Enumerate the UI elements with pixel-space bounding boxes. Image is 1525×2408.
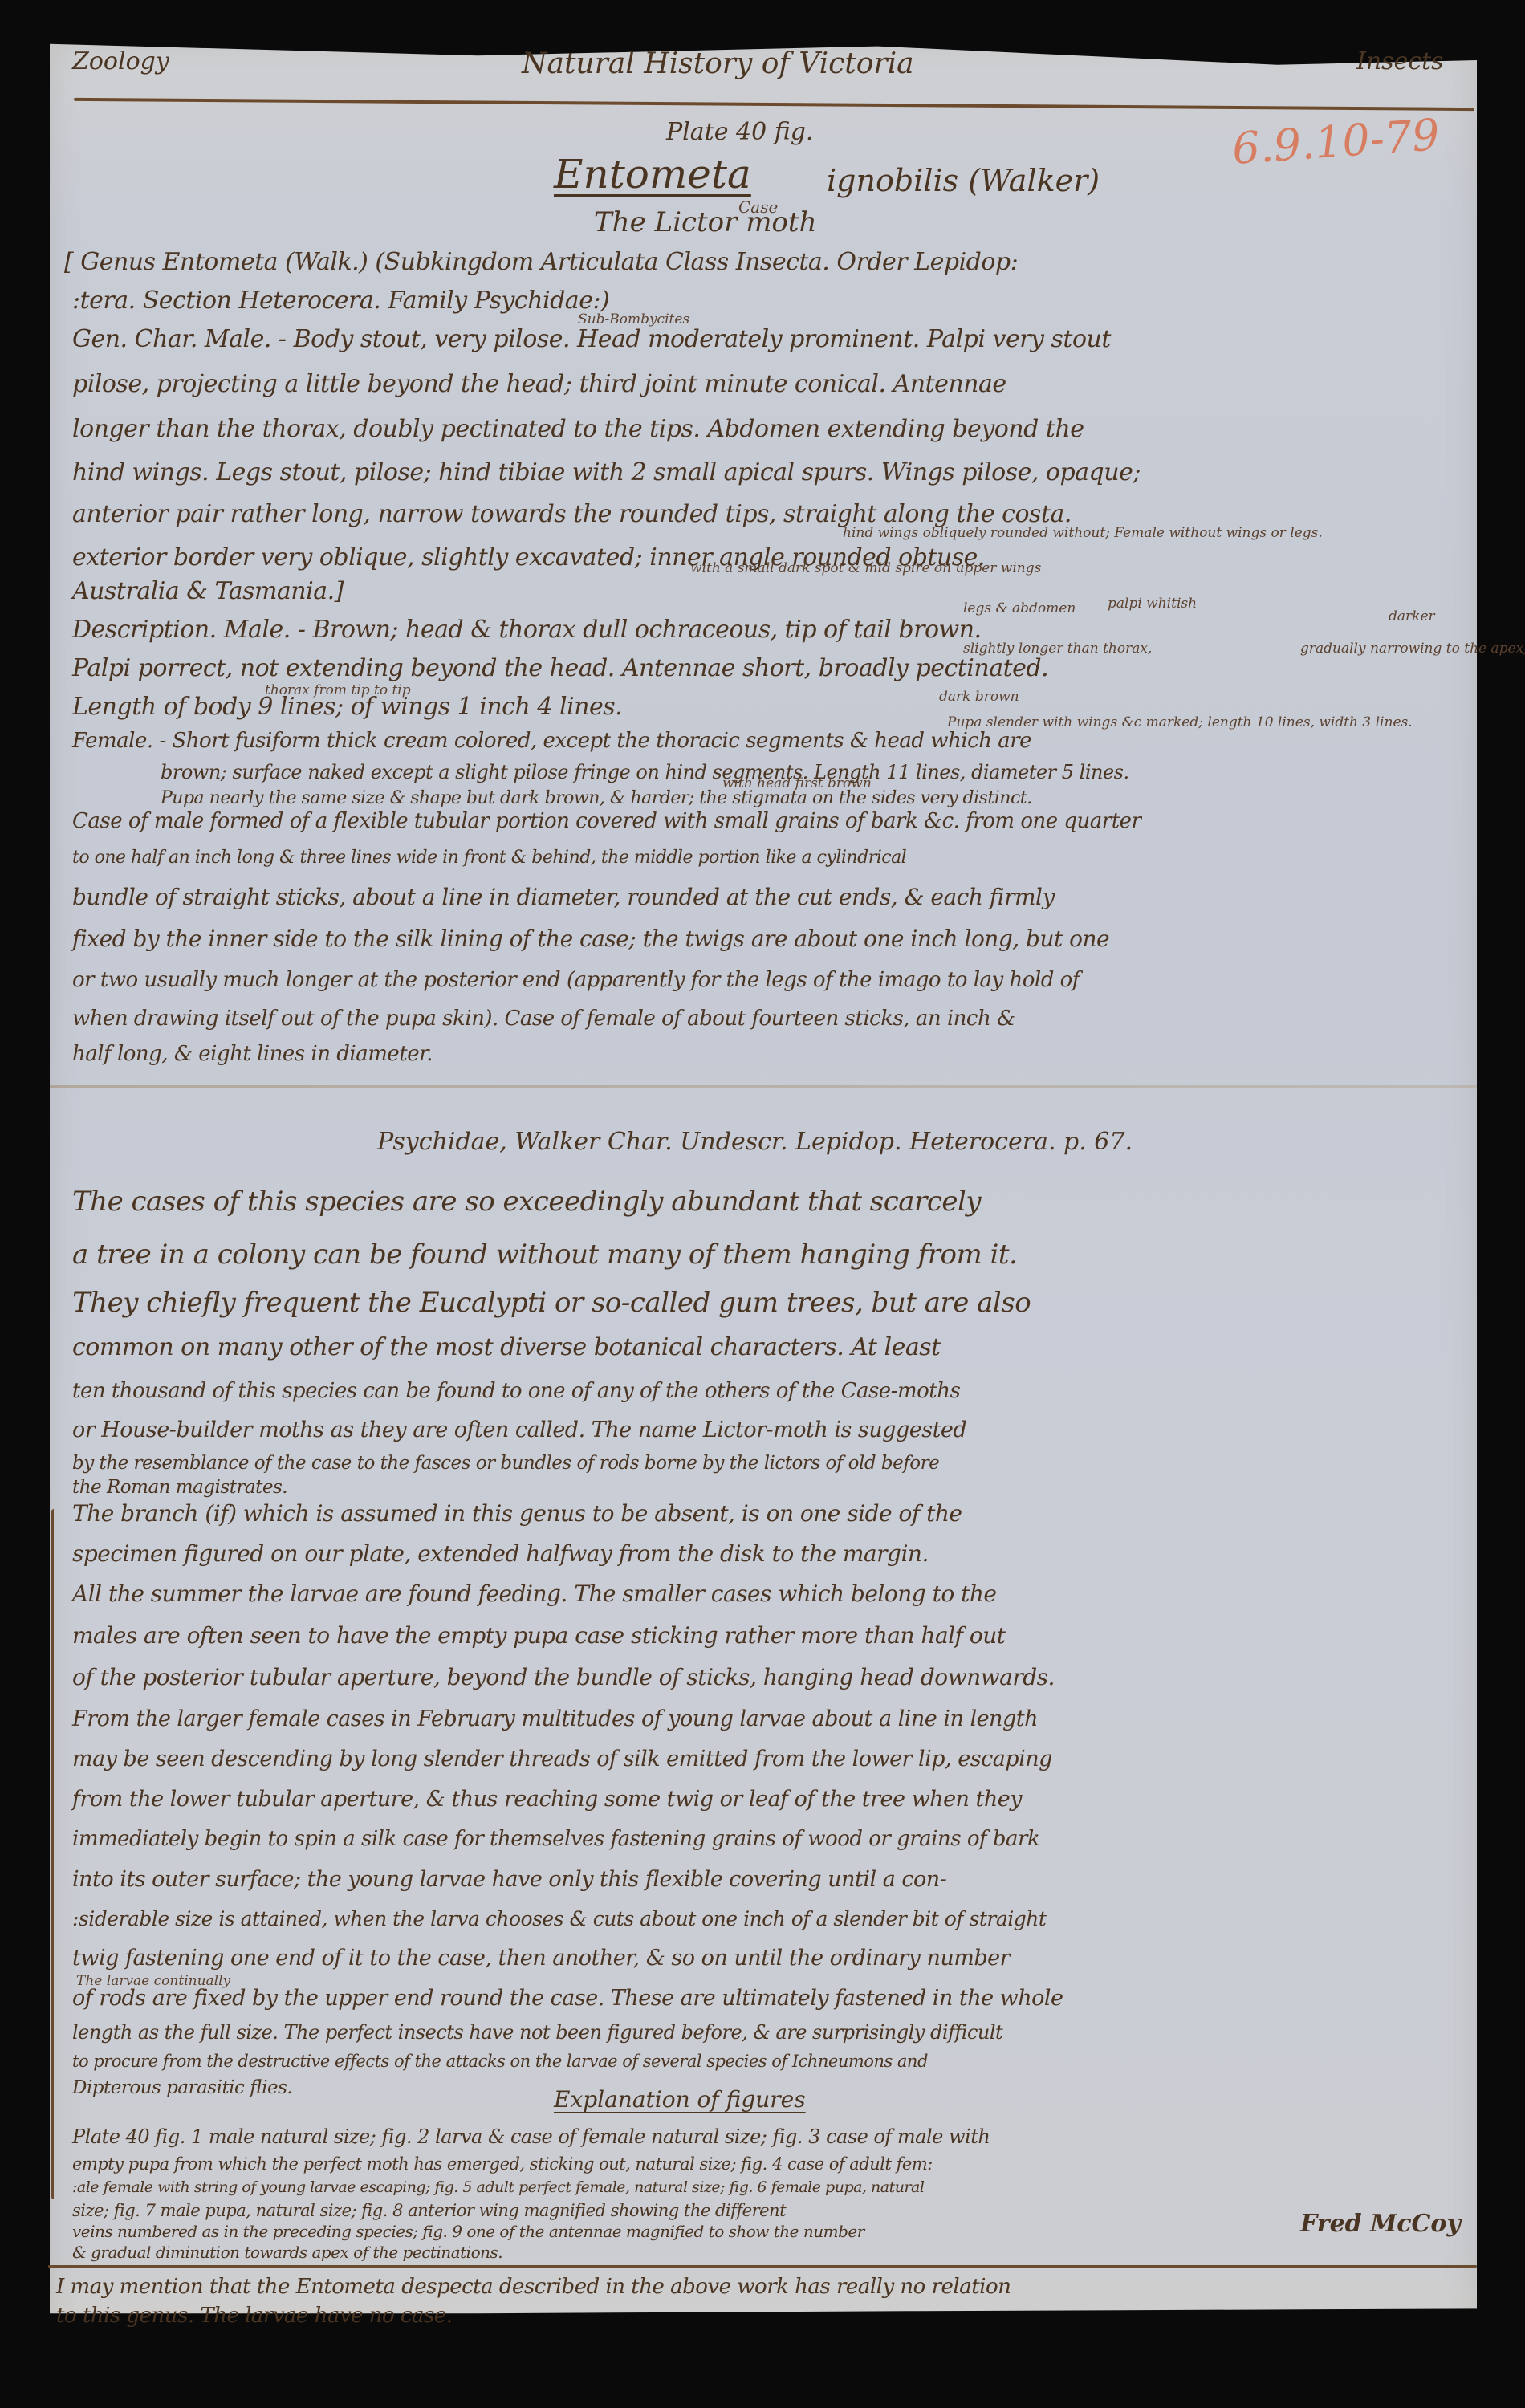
text-line: half long, & eight lines in diameter. (72, 1043, 433, 1064)
text-line: from the lower tubular aperture, & thus … (72, 1788, 1022, 1810)
footer-rule (48, 2265, 1477, 2268)
interlinear-note: slightly longer than thorax, (963, 642, 1152, 656)
interlinear-note: thorax from tip to tip (265, 684, 411, 698)
interlinear-note: dark brown (939, 690, 1019, 704)
text-line: immediately begin to spin a silk case fo… (72, 1828, 1039, 1849)
text-line: ten thousand of this species can be foun… (72, 1381, 960, 1401)
text-line: fixed by the inner side to the silk lini… (72, 928, 1109, 950)
interlinear-note: Sub-Bombycites (578, 313, 689, 327)
header-right: Insects (1356, 50, 1444, 74)
text-line: to procure from the destructive effects … (72, 2053, 928, 2070)
text-line: Pupa nearly the same size & shape but da… (161, 790, 1032, 807)
fold-crease (50, 1085, 1477, 1088)
text-line: [ Genus Entometa (Walk.) (Subkingdom Art… (64, 250, 1018, 275)
text-line: Palpi porrect, not extending beyond the … (72, 657, 1048, 681)
text-line: Australia & Tasmania.] (72, 580, 344, 604)
text-line: Dipterous parasitic flies. (72, 2079, 292, 2097)
text-line: pilose, projecting a little beyond the h… (72, 372, 1007, 397)
text-line: when drawing itself out of the pupa skin… (72, 1008, 1015, 1029)
text-line: They chiefly frequent the Eucalypti or s… (72, 1289, 1031, 1316)
text-line: longer than the thorax, doubly pectinate… (72, 417, 1084, 441)
text-line: anterior pair rather long, narrow toward… (72, 502, 1072, 527)
text-line: veins numbered as in the preceding speci… (72, 2223, 864, 2239)
text-line: the Roman magistrates. (72, 1479, 287, 1497)
common-name: The Lictor moth (594, 209, 816, 236)
text-line: may be seen descending by long slender t… (72, 1748, 1052, 1770)
text-line: size; fig. 7 male pupa, natural size; fi… (72, 2203, 786, 2219)
plate-reference: Plate 40 fig. (666, 120, 813, 144)
text-line: length as the full size. The perfect ins… (72, 2023, 1002, 2042)
interlinear-note: with head first brown (722, 777, 872, 791)
title-species: ignobilis (Walker) (827, 165, 1100, 196)
text-line: males are often seen to have the empty p… (72, 1625, 1006, 1647)
margin-note: The larvae continually (76, 1975, 230, 1988)
text-line: a tree in a colony can be found without … (72, 1241, 1017, 1268)
text-line: common on many other of the most diverse… (72, 1336, 941, 1360)
text-line: or two usually much longer at the poster… (72, 970, 1080, 990)
text-line: :siderable size is attained, when the la… (72, 1909, 1046, 1929)
text-line: hind wings. Legs stout, pilose; hind tib… (72, 461, 1141, 485)
text-line: Length of body 9 lines; of wings 1 inch … (72, 695, 622, 719)
interlinear-note: hind wings obliquely rounded without; Fe… (843, 527, 1323, 540)
text-line: The cases of this species are so exceedi… (72, 1188, 981, 1215)
title-genus: Entometa (554, 154, 751, 194)
text-line: into its outer surface; the young larvae… (72, 1869, 946, 1890)
text-line: bundle of straight sticks, about a line … (72, 886, 1055, 909)
text-line: Female. - Short fusiform thick cream col… (72, 730, 1031, 751)
interlinear-note: Pupa slender with wings &c marked; lengt… (947, 716, 1413, 730)
interlinear-note: gradually narrowing to the apex; (1300, 642, 1525, 656)
text-line: brown; surface naked except a slight pil… (161, 763, 1129, 782)
literature-reference: Psychidae, Walker Char. Undescr. Lepidop… (377, 1130, 1133, 1154)
text-line: empty pupa from which the perfect moth h… (72, 2156, 933, 2173)
text-line: Description. Male. - Brown; head & thora… (72, 618, 982, 642)
text-line: All the summer the larvae are found feed… (72, 1583, 996, 1605)
interlinear-note: with a small dark spot & mid spire on up… (690, 562, 1041, 576)
interlinear-note: palpi whitish (1108, 597, 1197, 611)
text-line: of the posterior tubular aperture, beyon… (72, 1666, 1055, 1689)
header-center: Natural History of Victoria (522, 50, 914, 79)
text-line: to this genus. The larvae have no case. (56, 2305, 453, 2326)
text-line: The branch (if) which is assumed in this… (72, 1503, 962, 1525)
text-line: From the larger female cases in February… (72, 1708, 1038, 1730)
text-line: of rods are fixed by the upper end round… (72, 1987, 1063, 2009)
text-line: :tera. Section Heterocera. Family Psychi… (72, 289, 609, 313)
text-line: or House-builder moths as they are often… (72, 1419, 966, 1441)
interlinear-note: darker (1389, 610, 1435, 624)
explanation-heading: Explanation of figures (554, 2089, 806, 2111)
header-left: Zoology (72, 50, 169, 74)
text-line: to one half an inch long & three lines w… (72, 849, 906, 867)
text-line: specimen figured on our plate, extended … (72, 1543, 929, 1565)
signature: Fred McCoy (1300, 2212, 1461, 2236)
text-line: Gen. Char. Male. - Body stout, very pilo… (72, 327, 1111, 352)
text-line: :ale female with string of young larvae … (72, 2180, 924, 2195)
margin-bracket (51, 1509, 57, 2199)
text-line: & gradual diminution towards apex of the… (72, 2244, 502, 2260)
interlinear-note: legs & abdomen (963, 602, 1076, 616)
text-line: by the resemblance of the case to the fa… (72, 1454, 939, 1473)
text-line: Case of male formed of a flexible tubula… (72, 811, 1141, 832)
text-line: twig fastening one end of it to the case… (72, 1947, 1010, 1969)
text-line: Plate 40 fig. 1 male natural size; fig. … (72, 2127, 990, 2146)
text-line: I may mention that the Entometa despecta… (56, 2276, 1011, 2297)
